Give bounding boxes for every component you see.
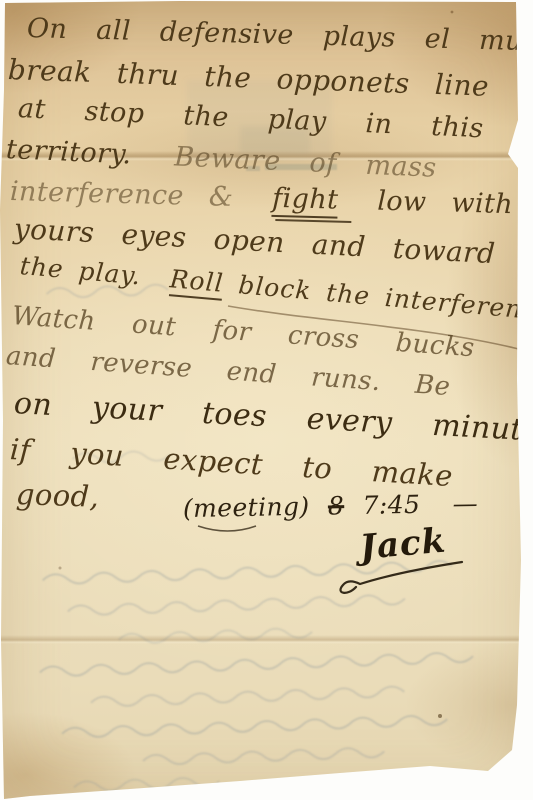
faded-text: Beware of mass: [174, 141, 437, 183]
letter-line-12: good,: [15, 477, 99, 514]
trailing-dash: —: [452, 489, 478, 518]
letter-line-4: territory. Beware of mass: [5, 134, 437, 184]
struck-text: 8: [328, 491, 345, 520]
letter-line-5: interference & fight low with: [10, 176, 514, 220]
scanned-letter-page: On all defensive plays el must break thr…: [0, 0, 533, 800]
fold-crease-lower: [0, 635, 533, 644]
line-text: good,: [15, 477, 99, 514]
line-text: the play.: [19, 251, 143, 290]
underlined-word-roll: Roll: [168, 264, 224, 301]
meeting-label: (meeting): [183, 492, 310, 523]
underlined-word-fight: fight: [272, 183, 339, 219]
signature: Jack: [358, 521, 448, 568]
signature-flourish-stroke: [340, 562, 462, 593]
letter-paper: On all defensive plays el must break thr…: [0, 0, 533, 800]
faded-text: interference &: [10, 176, 234, 213]
line-text: block the interference.: [237, 270, 533, 327]
meeting-note: (meeting) 8 7:45 —: [183, 489, 479, 523]
meeting-time: 7:45: [362, 490, 420, 520]
meeting-underline-stroke: [198, 526, 256, 531]
letter-line-1: On all defensive plays el must: [27, 13, 533, 58]
line-text: territory.: [5, 134, 132, 170]
line-text: On all defensive plays el must: [27, 13, 533, 58]
line-text: low with: [377, 186, 514, 221]
